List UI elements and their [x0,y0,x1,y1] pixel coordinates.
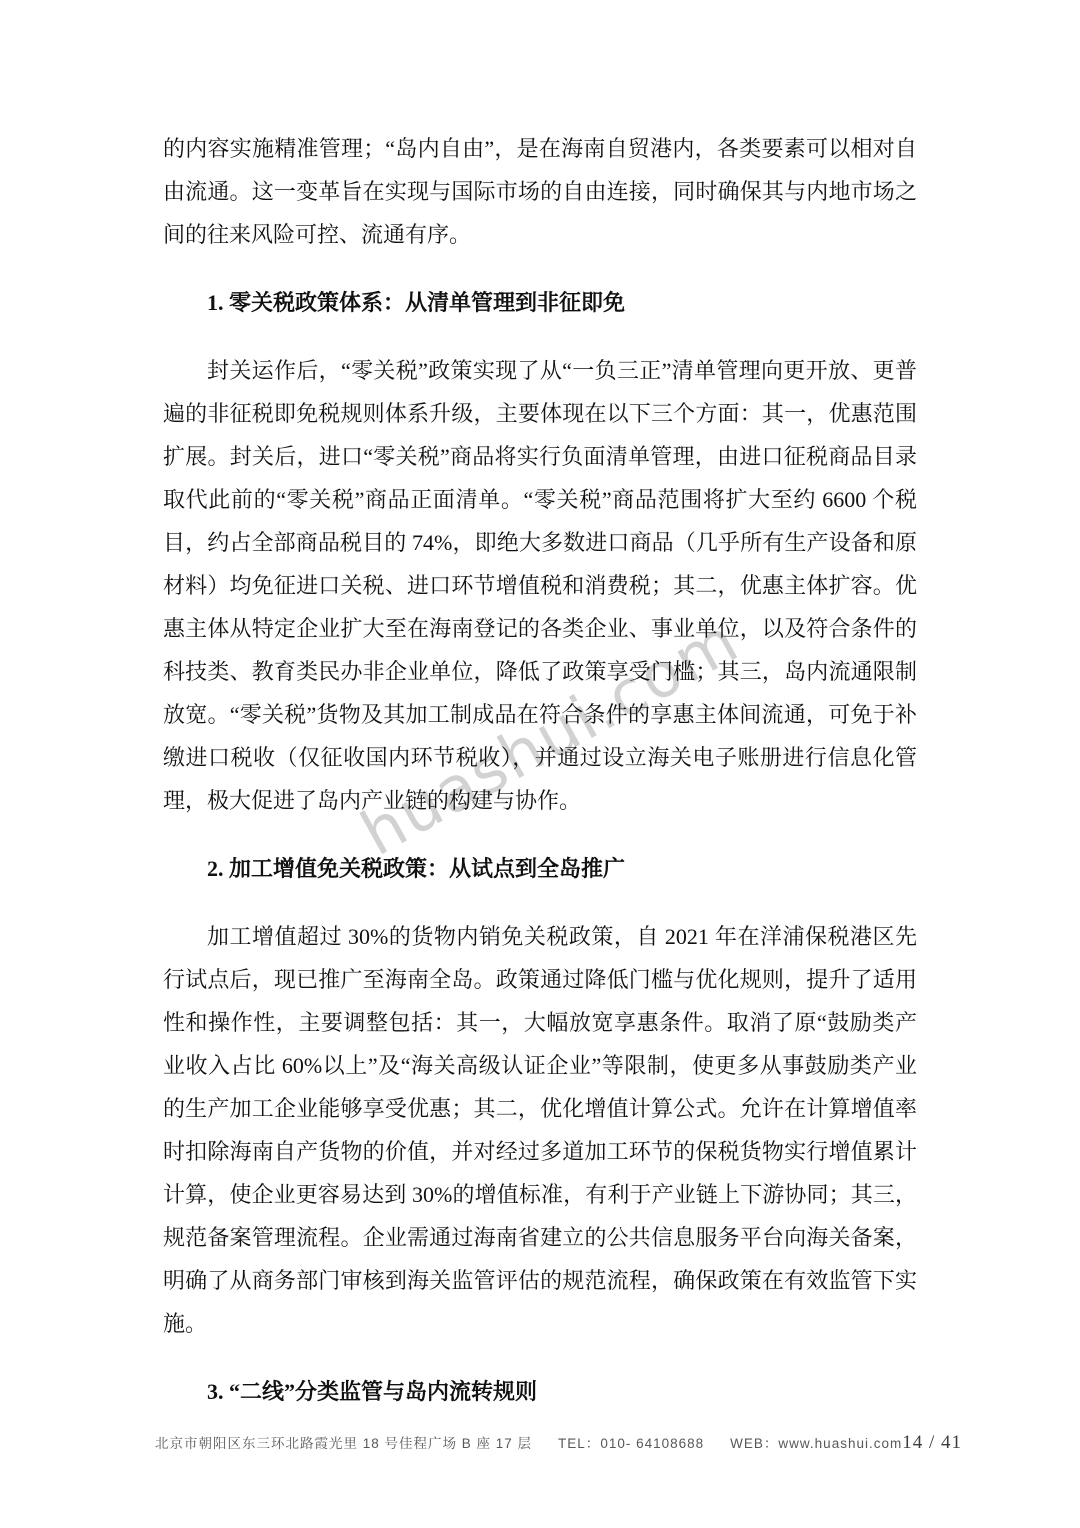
footer-tel-number: 010- 64108688 [600,1436,704,1451]
footer-tel: TEL：010- 64108688 [558,1432,704,1452]
page-content: 的内容实施精准管理；“岛内自由”，是在海南自贸港内，各类要素可以相对自由流通。这… [0,0,1080,1413]
intro-paragraph: 的内容实施精准管理；“岛内自由”，是在海南自贸港内，各类要素可以相对自由流通。这… [163,127,917,256]
section-heading-2: 2. 加工增值免关税政策：从试点到全岛推广 [163,847,917,890]
document-page: huashui.com 的内容实施精准管理；“岛内自由”，是在海南自贸港内，各类… [0,0,1080,1528]
section-1-paragraph: 封关运作后，“零关税”政策实现了从“一负三正”清单管理向更开放、更普遍的非征税即… [163,349,917,822]
footer-address: 北京市朝阳区东三环北路霞光里 18 号佳程广场 B 座 17 层 [155,1432,532,1452]
footer-web-url: www.huashui.com [778,1436,902,1451]
section-heading-1: 1. 零关税政策体系：从清单管理到非征即免 [163,281,917,324]
footer-web-label: WEB： [730,1436,778,1451]
footer-tel-label: TEL： [558,1436,600,1451]
footer-web: WEB：www.huashui.com [730,1432,902,1452]
footer-contact-line: 北京市朝阳区东三环北路霞光里 18 号佳程广场 B 座 17 层 TEL：010… [155,1432,902,1452]
page-footer: 北京市朝阳区东三环北路霞光里 18 号佳程广场 B 座 17 层 TEL：010… [155,1432,920,1454]
section-heading-3: 3. “二线”分类监管与岛内流转规则 [163,1370,917,1413]
page-number: 14 / 41 [902,1432,962,1454]
section-2-paragraph: 加工增值超过 30%的货物内销免关税政策，自 2021 年在洋浦保税港区先行试点… [163,915,917,1345]
